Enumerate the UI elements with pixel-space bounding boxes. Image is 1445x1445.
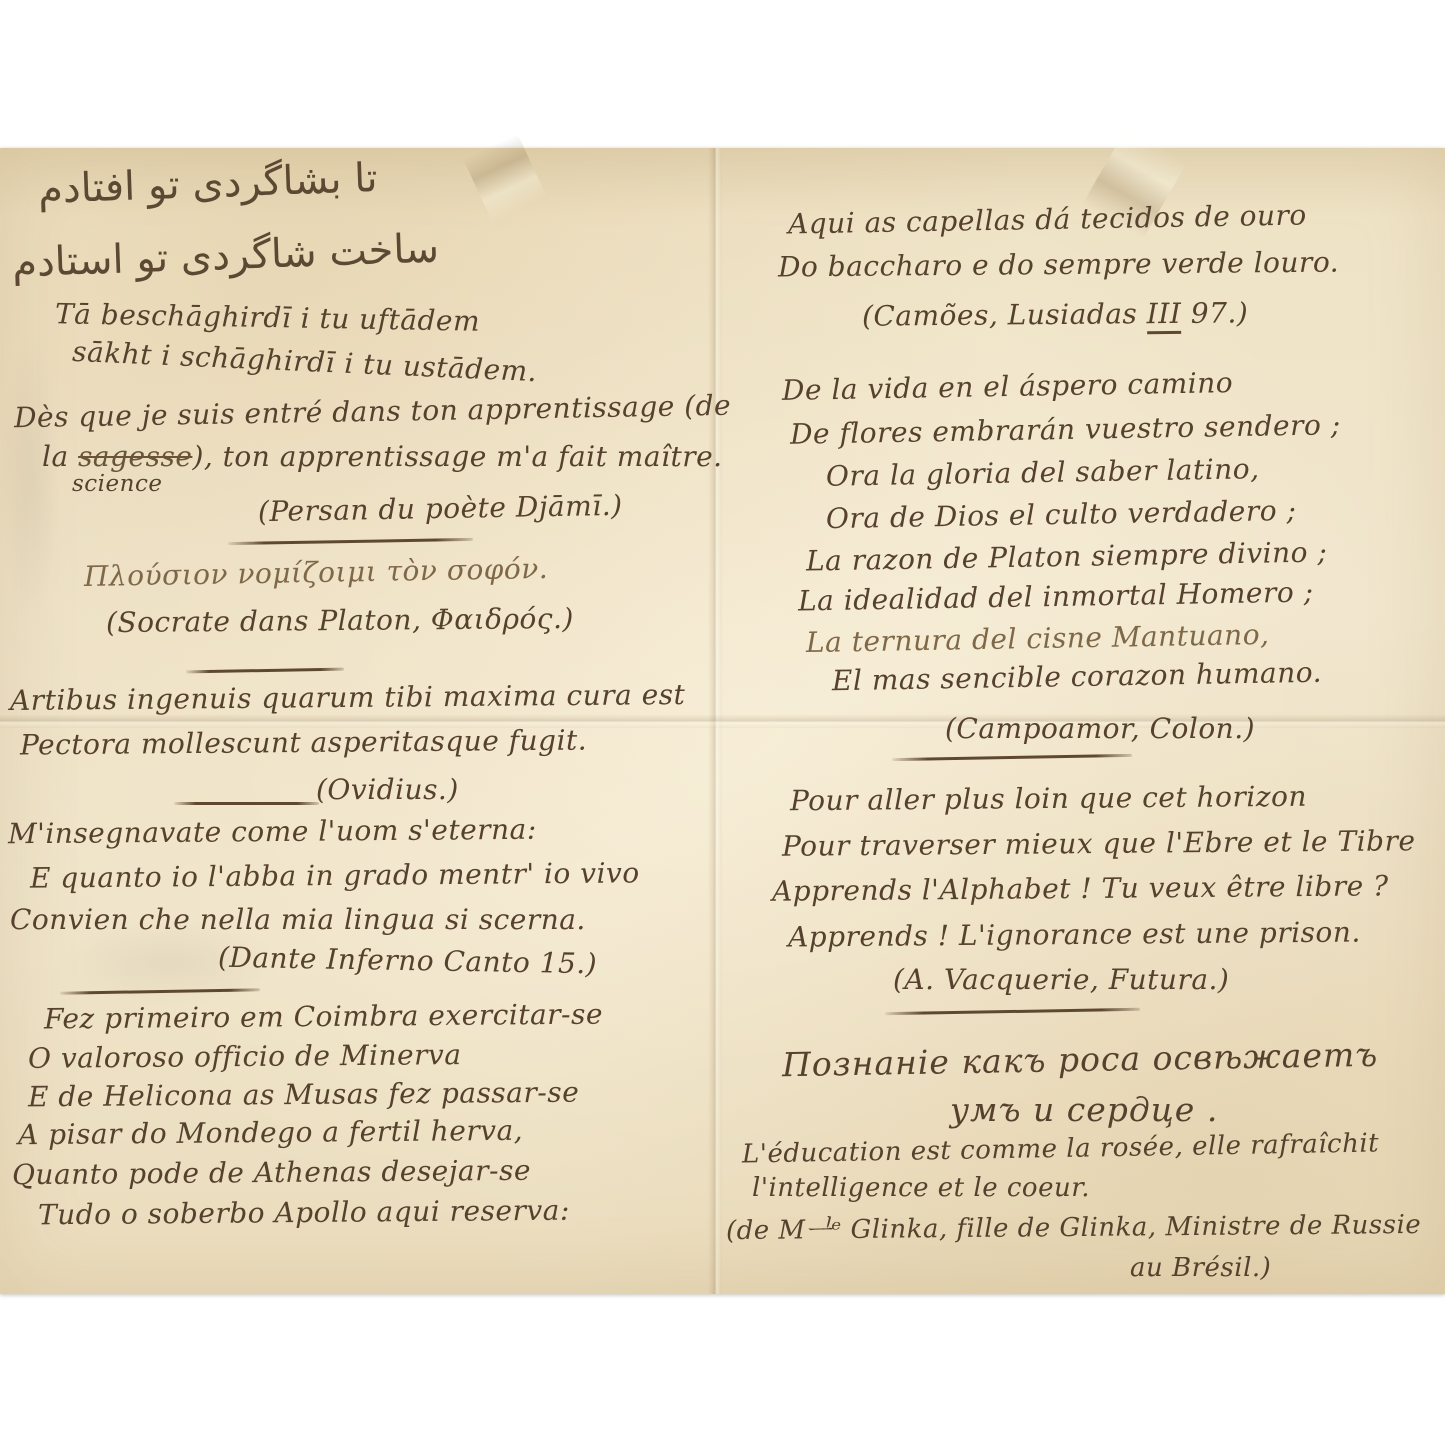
greek-quote-line: Πλούσιον νομίζοιμι τὸν σοφόν. [84,554,549,593]
italian-quote-line: E quanto io l'abba in grado mentr' io vi… [30,858,640,894]
french-quote-line: Pour traverser mieux que l'Ebre et le Ti… [782,826,1416,862]
canto-number: III [1147,297,1182,334]
portuguese-quote-line: A pisar do Mondego a fertil herva, [18,1116,523,1151]
french-quote-line: Apprends l'Alphabet ! Tu veux être libre… [772,871,1389,907]
attribution-underline [892,754,1132,761]
attribution-jami: (Persan du poète Djāmī.) [258,491,623,528]
wrinkle-crease [463,134,547,223]
spanish-quote-line: La razon de Platon siempre divino ; [806,537,1328,577]
portuguese-quote-line: E de Helicona as Musas fez passar-se [28,1078,579,1114]
italian-quote-line: M'insegnavate come l'uom s'eterna: [8,815,537,850]
attribution-dante: (Dante Inferno Canto 15.) [218,943,598,980]
camoes-quote-line: Do baccharo e do sempre verde louro. [778,248,1339,284]
portuguese-quote-line: O valoroso officio de Minerva [28,1040,462,1075]
scanned-letter-photo: { "colors": { "background": "#ffffff", "… [0,0,1445,1445]
attribution-underline [885,1008,1140,1015]
attribution-ovid: (Ovidius.) [316,775,459,806]
attribution-text: 97.) [1181,296,1248,330]
latin-quote-line: Pectora mollescunt asperitasque fugit. [20,726,587,762]
persian-transliteration-line: Tā beschāghirdī i tu uftādem [55,299,481,337]
portuguese-quote-line: Fez primeiro em Coimbra exercitar-se [44,1000,603,1036]
portuguese-quote-line: Tudo o soberbo Apollo aqui reserva: [38,1196,570,1231]
french-quote-line: Pour aller plus loin que cet horizon [790,782,1307,817]
persian-transliteration-line: sākht i schāghirdī i tu ustādem. [72,337,538,388]
attribution-vacquerie: (A. Vacquerie, Futura.) [893,965,1229,996]
spanish-quote-line: El mas sencible corazon humano. [832,658,1323,697]
struck-word-sagesse: sagesse [78,440,192,473]
french-word: la [42,440,78,473]
spanish-quote-line: La ternura del cisne Mantuano, [806,620,1270,659]
section-divider [186,668,344,674]
french-translation-line: Dès que je suis entré dans ton apprentis… [14,391,732,434]
portuguese-quote-line: Quanto pode de Athenas desejar-se [12,1156,531,1191]
camoes-quote-line: Aqui as capellas dá tecidos de ouro [788,200,1307,240]
attribution-campoamor: (Campoamor, Colon.) [945,714,1255,745]
latin-quote-line: Artibus ingenuis quarum tibi maxima cura… [10,680,686,717]
section-divider [174,802,319,805]
letter-paper: تا بشاگردی تو افتادم ساخت شاگردی تو استا… [0,148,1445,1294]
french-quote-line: Apprends ! L'ignorance est une prison. [788,918,1361,954]
attribution-underline [228,538,473,545]
attribution-text: (Camões, Lusiadas [862,297,1147,332]
spanish-quote-line: De la vida en el áspero camino [782,368,1234,407]
italian-quote-line: Convien che nella mia lingua si scerna. [10,905,586,936]
spanish-quote-line: Ora de Dios el culto verdadero ; [826,496,1297,535]
attribution-socrate: (Socrate dans Platon, Φαιδρός.) [106,604,574,639]
russian-quote-line: Познаніе какъ роса освѣжаетъ [782,1037,1379,1084]
attribution-camoes: (Camões, Lusiadas III 97.) [862,298,1249,332]
edge-shading [0,328,60,628]
inserted-word-science: science [72,472,162,497]
french-gloss-line: L'éducation est comme la rosée, elle raf… [742,1129,1380,1169]
persian-script-line: تا بشاگردی تو افتادم [37,156,378,212]
french-gloss-line: l'intelligence et le coeur. [752,1174,1090,1203]
russian-quote-line: умъ и сердце . [950,1092,1218,1128]
spanish-quote-line: Ora la gloria del saber latino, [826,454,1260,492]
attribution-underline [60,988,260,994]
spanish-quote-line: La idealidad del inmortal Homero ; [798,578,1314,618]
persian-script-line: ساخت شاگردی تو استادم [11,227,439,286]
french-phrase: ), ton apprentissage m'a fait maître. [192,440,722,473]
attribution-glinka: au Brésil.) [1130,1254,1271,1283]
attribution-glinka: (de Mᆜᵉ Glinka, fille de Glinka, Ministr… [726,1211,1421,1246]
